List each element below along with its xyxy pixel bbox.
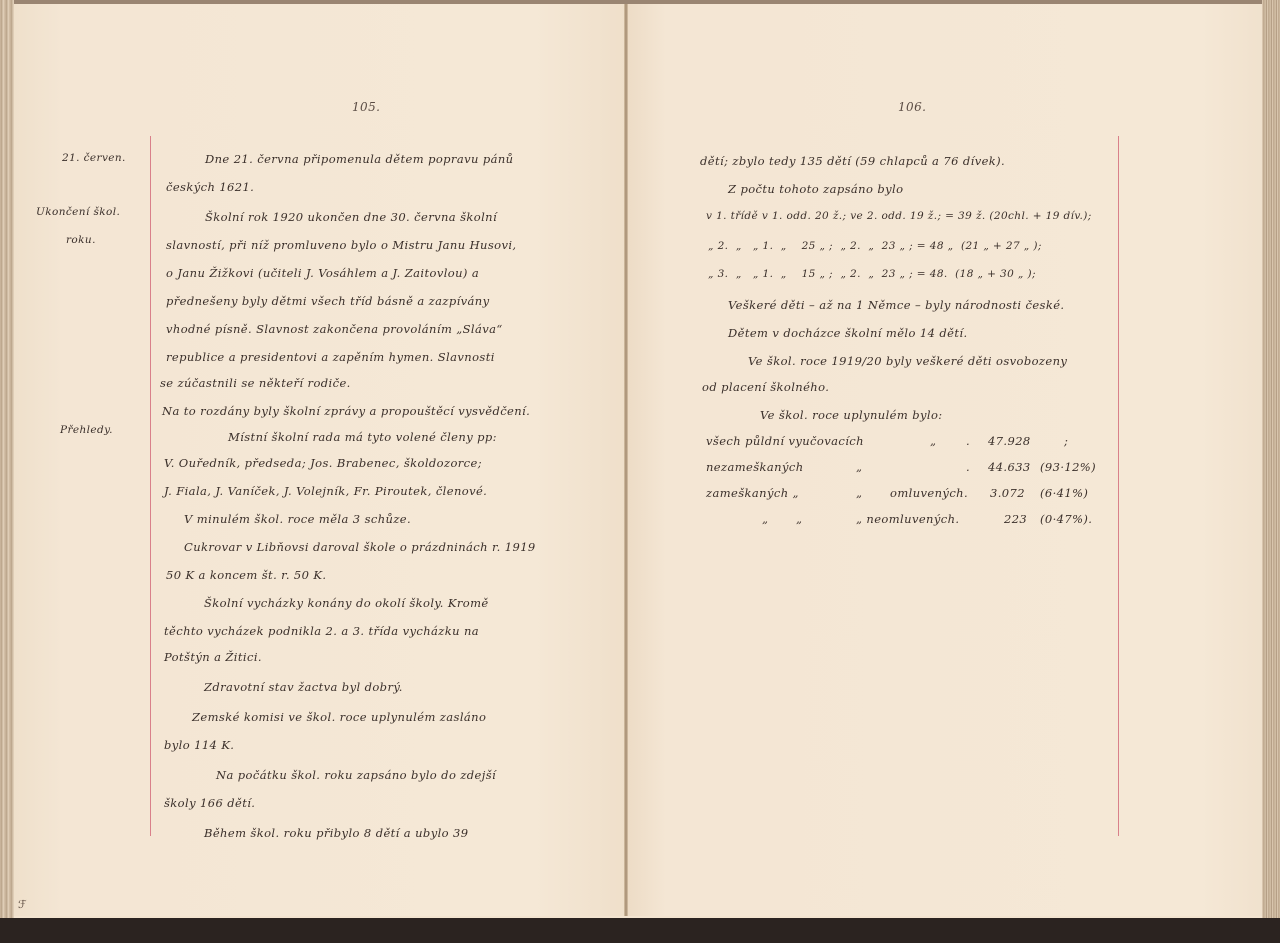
- text-line: V minulém škol. roce měla 3 schůze.: [184, 512, 411, 526]
- text-line: Dětem v docházce školní mělo 14 dětí.: [728, 326, 968, 340]
- text-line: bylo 114 K.: [164, 738, 234, 752]
- text-line: Během škol. roku přibylo 8 dětí a ubylo …: [204, 826, 468, 840]
- attendance-pct: (6·41%): [1040, 486, 1088, 500]
- text-line: Na počátku škol. roku zapsáno bylo do zd…: [216, 768, 496, 782]
- margin-note-year-end-2: roku.: [66, 234, 96, 246]
- text-line: dětí; zbylo tedy 135 dětí (59 chlapců a …: [700, 154, 1005, 168]
- corner-mark: ℱ: [18, 898, 27, 911]
- right-page-margin-line: [1118, 136, 1119, 836]
- attendance-value: 44.633: [988, 460, 1031, 474]
- attendance-label: „: [762, 512, 768, 526]
- margin-note-date: 21. červen.: [62, 152, 126, 164]
- text-line: Na to rozdány byly školní zprávy a propo…: [162, 404, 530, 418]
- text-line: českých 1621.: [166, 180, 254, 194]
- text-line: republice a presidentovi a zapěním hymen…: [166, 350, 495, 364]
- text-line: o Janu Žižkovi (učiteli J. Vosáhlem a J.…: [166, 266, 479, 280]
- attendance-label: všech půldní vyučovacích: [706, 434, 864, 448]
- text-line: J. Fiala, J. Vaníček, J. Volejník, Fr. P…: [164, 484, 487, 498]
- attendance-col2: „: [796, 512, 802, 526]
- attendance-col3: .: [966, 460, 970, 474]
- margin-note-overview: Přehledy.: [60, 424, 113, 436]
- attendance-value: 3.072: [990, 486, 1025, 500]
- attendance-col2: „: [856, 486, 862, 500]
- attendance-col3: .: [966, 434, 970, 448]
- text-line: slavností, při níž promluveno bylo o Mis…: [166, 238, 516, 252]
- text-line: Zemské komisi ve škol. roce uplynulém za…: [192, 710, 486, 724]
- class-row: „ 3. „ „ 1. „ 15 „ ; „ 2. „ 23 „ ; = 48.…: [708, 268, 1036, 280]
- text-line: těchto vycházek podnikla 2. a 3. třída v…: [164, 624, 479, 638]
- text-line: V. Ouředník, předseda; Jos. Brabenec, šk…: [164, 456, 482, 470]
- attendance-pct: (93·12%): [1040, 460, 1096, 474]
- attendance-col3: „ neomluvených.: [856, 512, 959, 526]
- text-line: Veškeré děti – až na 1 Němce – byly náro…: [728, 298, 1064, 312]
- attendance-value: 223: [1004, 512, 1027, 526]
- attendance-value: 47.928: [988, 434, 1031, 448]
- left-page-number: 105.: [352, 100, 380, 114]
- text-line: 50 K a koncem št. r. 50 K.: [166, 568, 326, 582]
- right-page-edges: [1262, 0, 1280, 918]
- text-line: Ve škol. roce 1919/20 byly veškeré děti …: [748, 354, 1067, 368]
- text-line: Z počtu tohoto zapsáno bylo: [728, 182, 903, 196]
- class-row: v 1. třídě v 1. odd. 20 ž.; ve 2. odd. 1…: [706, 210, 1092, 222]
- attendance-pct: ;: [1064, 434, 1068, 448]
- text-line: Školní rok 1920 ukončen dne 30. června š…: [205, 210, 497, 224]
- text-line: vhodné písně. Slavnost zakončena provolá…: [166, 322, 503, 336]
- attendance-col3: omluvených.: [890, 486, 968, 500]
- text-line: od placení školného.: [702, 380, 829, 394]
- text-line: Cukrovar v Libňovsi daroval škole o práz…: [184, 540, 536, 554]
- attendance-pct: (0·47%).: [1040, 512, 1092, 526]
- text-line: Místní školní rada má tyto volené členy …: [228, 430, 497, 444]
- text-line: Školní vycházky konány do okolí školy. K…: [204, 596, 489, 610]
- text-line: Potštýn a Žitici.: [164, 650, 262, 664]
- attendance-label: nezameškaných: [706, 460, 804, 474]
- text-line: se zúčastnili se někteří rodiče.: [160, 376, 351, 390]
- class-row: „ 2. „ „ 1. „ 25 „ ; „ 2. „ 23 „ ; = 48 …: [708, 240, 1042, 252]
- text-line: přednešeny byly dětmi všech tříd básně a…: [166, 294, 490, 308]
- text-line: Ve škol. roce uplynulém bylo:: [760, 408, 943, 422]
- text-line: Dne 21. června připomenula dětem popravu…: [205, 152, 513, 166]
- text-line: školy 166 dětí.: [164, 796, 255, 810]
- right-page-number: 106.: [898, 100, 926, 114]
- attendance-col2: „: [930, 434, 936, 448]
- text-line: Zdravotní stav žactva byl dobrý.: [204, 680, 403, 694]
- left-page-edges: [0, 0, 14, 918]
- open-ledger-book: 105. 21. červen. Ukončení škol. roku. Př…: [0, 0, 1280, 918]
- margin-note-year-end: Ukončení škol.: [36, 206, 120, 218]
- left-page-margin-line: [150, 136, 151, 836]
- background-surface: [0, 918, 1280, 943]
- attendance-label: zameškaných „: [706, 486, 799, 500]
- attendance-col2: „: [856, 460, 862, 474]
